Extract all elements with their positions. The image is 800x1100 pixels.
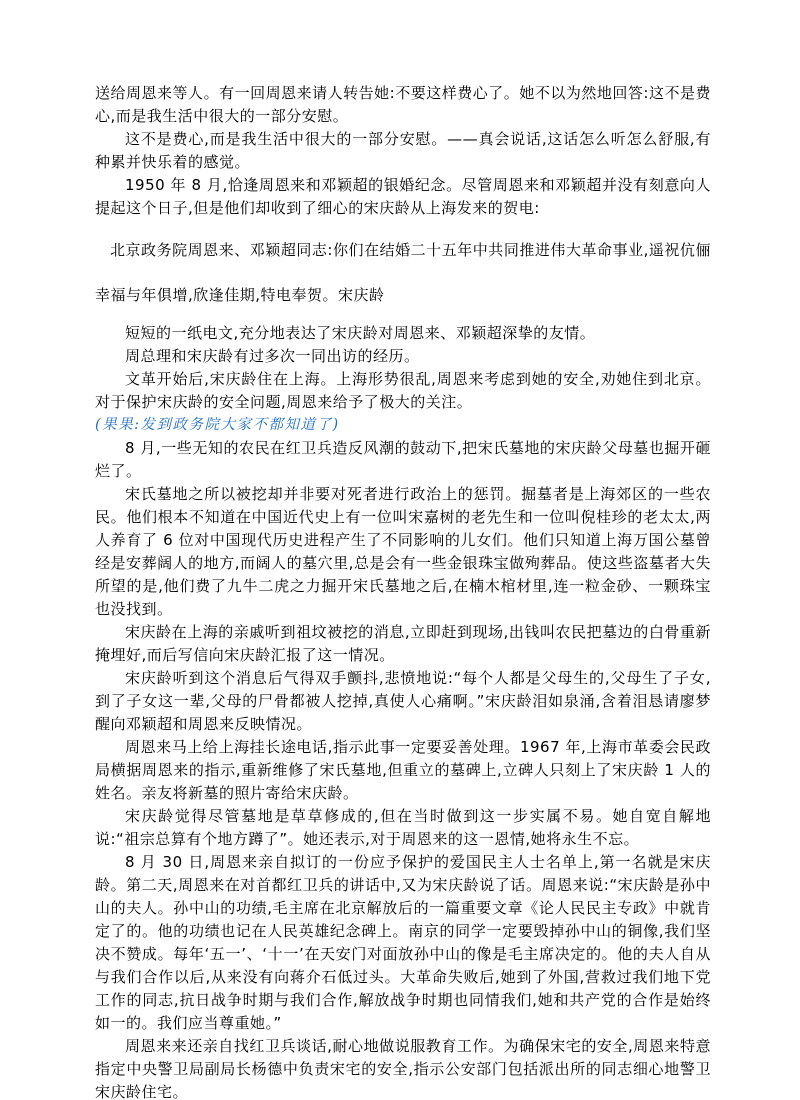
body-paragraph: 周总理和宋庆龄有过多次一同出访的经历。 bbox=[95, 345, 711, 368]
body-paragraph: 8 月 30 日,周恩来亲自拟订的一份应予保护的爱国民主人士名单上,第一名就是宋… bbox=[95, 851, 711, 1035]
body-paragraph: 8 月,一些无知的农民在红卫兵造反风潮的鼓动下,把宋氏墓地的宋庆龄父母墓也掘开砸… bbox=[95, 437, 711, 483]
document-body: 送给周恩来等人。有一回周恩来请人转告她:不要这样费心了。她不以为然地回答:这不是… bbox=[95, 82, 711, 1100]
body-paragraph: 1950 年 8 月,恰逢周恩来和邓颖超的银婚纪念。尽管周恩来和邓颖超并没有刻意… bbox=[95, 174, 711, 220]
body-paragraph: 文革开始后,宋庆龄住在上海。上海形势很乱,周恩来考虑到她的安全,劝她住到北京。对… bbox=[95, 368, 711, 414]
telegram-text: 北京政务院周恩来、邓颖超同志:你们在结婚二十五年中共同推进伟大革命事业,遥祝伉俪… bbox=[95, 228, 711, 318]
body-paragraph: 宋庆龄在上海的亲戚听到祖坟被挖的消息,立即赶到现场,出钱叫农民把墓边的白骨重新掩… bbox=[95, 621, 711, 667]
body-paragraph: 宋氏墓地之所以被挖却并非要对死者进行政治上的惩罚。掘墓者是上海郊区的一些农民。他… bbox=[95, 483, 711, 621]
body-paragraph: 周恩来马上给上海挂长途电话,指示此事一定要妥善处理。1967 年,上海市革委会民… bbox=[95, 736, 711, 805]
body-paragraph: 宋庆龄听到这个消息后气得双手颤抖,悲愤地说:“每个人都是父母生的,父母生了子女,… bbox=[95, 667, 711, 736]
body-paragraph: 周恩来来还亲自找红卫兵谈话,耐心地做说服教育工作。为确保宋宅的安全,周恩来特意指… bbox=[95, 1035, 711, 1100]
reader-annotation: (果果:发到政务院大家不都知道了) bbox=[95, 414, 711, 437]
body-paragraph: 短短的一纸电文,充分地表达了宋庆龄对周恩来、邓颖超深挚的友情。 bbox=[95, 322, 711, 345]
body-paragraph: 送给周恩来等人。有一回周恩来请人转告她:不要这样费心了。她不以为然地回答:这不是… bbox=[95, 82, 711, 128]
body-paragraph: 这不是费心,而是我生活中很大的一部分安慰。——真会说话,这话怎么听怎么舒服,有种… bbox=[95, 128, 711, 174]
body-paragraph: 宋庆龄觉得尽管墓地是草草修成的,但在当时做到这一步实属不易。她自宽自解地说:“祖… bbox=[95, 805, 711, 851]
